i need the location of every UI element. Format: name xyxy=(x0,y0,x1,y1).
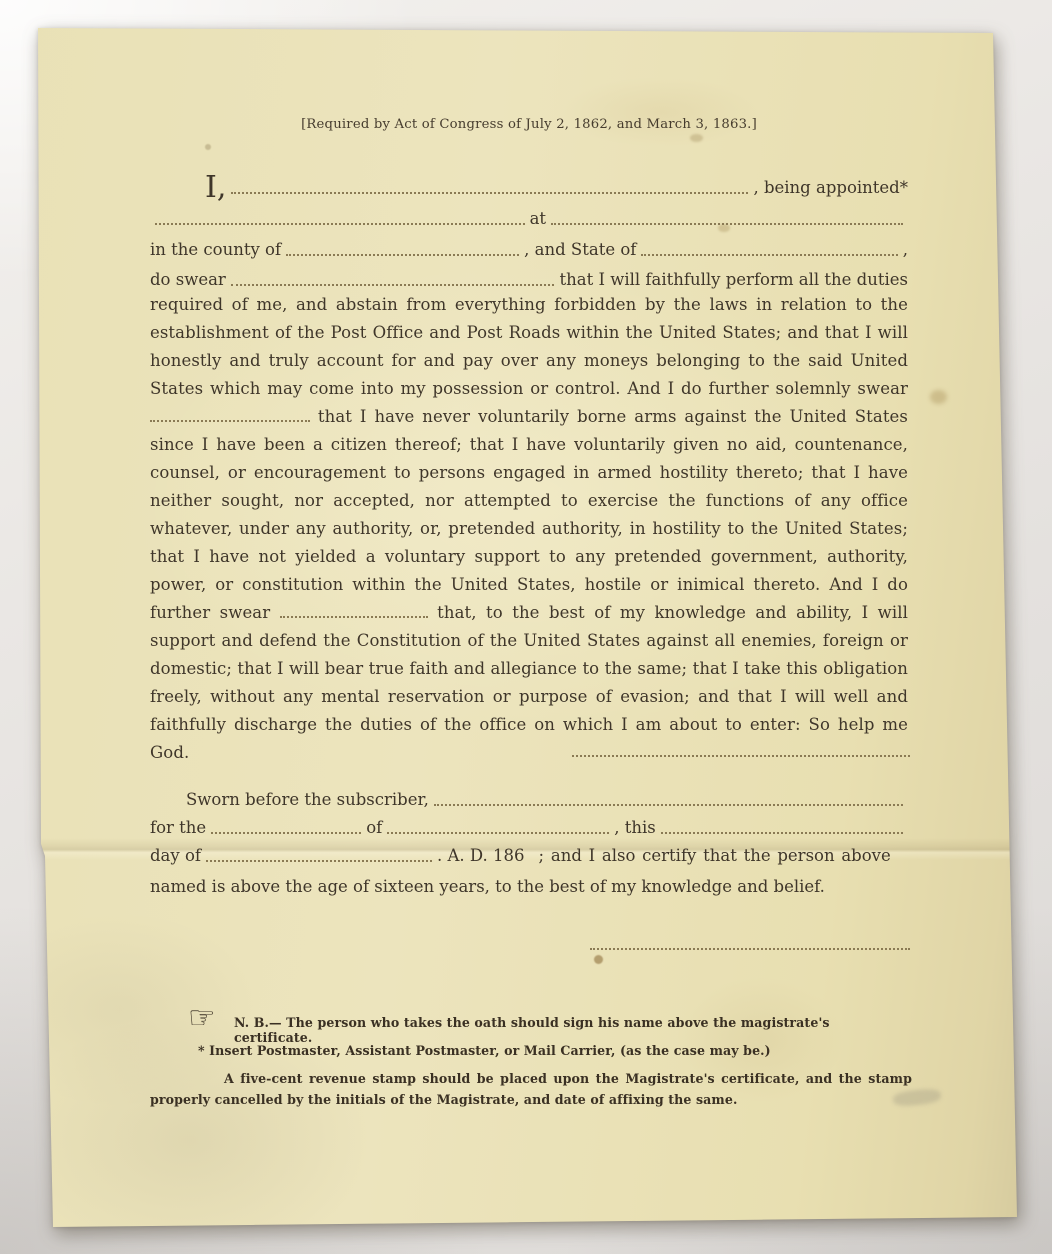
oath-line-name: I, , being appointed* xyxy=(150,166,908,198)
photo-backdrop: [Required by Act of Congress of July 2, … xyxy=(0,0,1052,1254)
oath-body-segment-2: that I have never voluntarily borne arms… xyxy=(150,407,908,622)
oath-line-county-state: in the county of , and State of , xyxy=(150,232,908,260)
oath-form-paper: [Required by Act of Congress of July 2, … xyxy=(0,0,1052,1254)
date-line: day of . A. D. 186 ; and I also certify … xyxy=(150,838,908,866)
sworn-before-label: Sworn before the subscriber, xyxy=(186,790,429,810)
this-label: , this xyxy=(614,818,656,838)
jurisdiction-type-blank xyxy=(211,832,361,834)
insert-title-footnote: * Insert Postmaster, Assistant Postmaste… xyxy=(198,1043,910,1058)
solemnly-swear-blank xyxy=(150,420,310,422)
paper-shadow-wrap: [Required by Act of Congress of July 2, … xyxy=(0,0,1052,1254)
appointee-name-blank xyxy=(231,192,748,194)
magistrate-name-blank xyxy=(434,804,903,806)
asterisk-marker: * xyxy=(198,1043,205,1058)
insert-footnote-text: Insert Postmaster, Assistant Postmaster,… xyxy=(205,1043,771,1058)
revenue-stamp-note: A five-cent revenue stamp should be plac… xyxy=(150,1068,912,1110)
sworn-before-line: Sworn before the subscriber, xyxy=(150,782,908,810)
date-this-blank xyxy=(661,832,903,834)
oath-i-label: I, xyxy=(205,178,226,198)
county-label: in the county of xyxy=(150,240,281,260)
certify-text-2: named is above the age of sixteen years,… xyxy=(150,877,825,896)
nb-instruction-note: N. B.— The person who takes the oath sho… xyxy=(234,1015,910,1045)
state-blank xyxy=(641,254,897,256)
oath-line-do-swear: do swear that I will faithfully perform … xyxy=(150,262,908,290)
further-swear-blank xyxy=(280,616,428,618)
oath-body-segment-3: that, to the best of my knowledge and ab… xyxy=(150,603,908,762)
stain-spot xyxy=(690,134,703,142)
stain-spot xyxy=(205,144,211,150)
office-title-blank xyxy=(155,223,525,225)
day-of-label: day of xyxy=(150,846,201,866)
oath-taker-signature-line xyxy=(572,741,910,757)
jurisdiction-line: for the of , this xyxy=(150,810,908,838)
state-label: , and State of xyxy=(524,240,636,260)
swear-or-affirm-blank xyxy=(231,284,555,286)
magistrate-signature-line xyxy=(590,934,910,950)
oath-line-office-at: at xyxy=(150,201,908,229)
at-label: at xyxy=(530,209,546,229)
of-label: of xyxy=(366,818,382,838)
act-of-congress-note: [Required by Act of Congress of July 2, … xyxy=(150,117,908,132)
stain-spot xyxy=(930,390,947,404)
certify-text-1: ; and I also certify that the person abo… xyxy=(539,846,891,866)
oath-body-paragraph: required of me, and abstain from everyth… xyxy=(150,291,908,767)
do-swear-label: do swear xyxy=(150,270,226,290)
post-office-location-blank xyxy=(551,223,903,225)
being-appointed-label: , being appointed* xyxy=(753,178,908,198)
certify-text-line-2: named is above the age of sixteen years,… xyxy=(150,868,908,896)
month-blank xyxy=(206,860,432,862)
faithfully-perform-label: that I will faithfully perform all the d… xyxy=(559,270,908,290)
trailing-comma: , xyxy=(903,240,908,260)
county-blank xyxy=(286,254,519,256)
oath-body-segment-1: required of me, and abstain from everyth… xyxy=(150,295,908,398)
ad-year-label: . A. D. 186 xyxy=(437,846,525,866)
pointing-hand-icon: ☞ xyxy=(188,1003,216,1034)
stain-spot xyxy=(594,955,603,964)
jurisdiction-place-blank xyxy=(387,832,609,834)
for-the-label: for the xyxy=(150,818,206,838)
